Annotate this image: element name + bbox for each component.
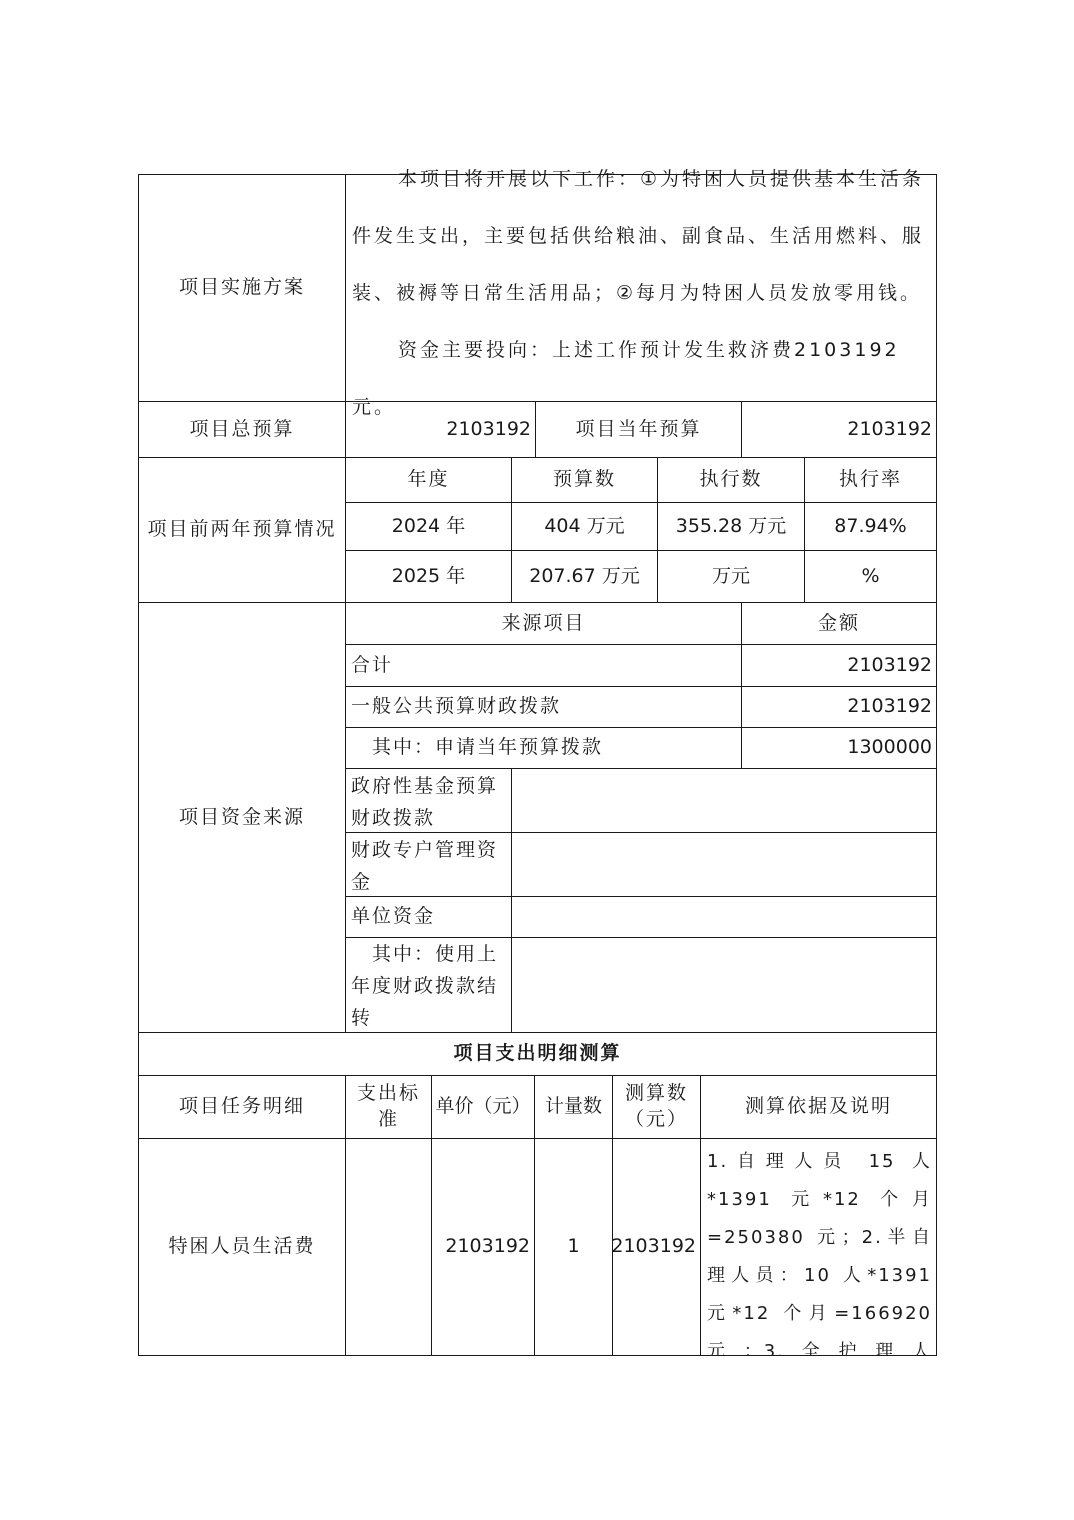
funding-row-special-amount [511,832,937,897]
total-budget-value: 2103192 [345,401,536,458]
funding-row-applied-amount: 1300000 [741,727,937,769]
funding-row-total-amount: 2103192 [741,644,937,687]
funding-header-source: 来源项目 [345,602,742,645]
current-budget-value: 2103192 [741,401,937,458]
detail-row-standard [345,1138,432,1356]
detail-header-standard: 支出标准 [345,1075,432,1139]
prior-2024-executed: 355.28 万元 [657,502,805,551]
detail-row-quantity: 1 [534,1138,613,1356]
plan-content: 本项目将开展以下工作：①为特困人员提供基本生活条件发生支出，主要包括供给粮油、副… [345,174,937,402]
plan-paragraph-1: 本项目将开展以下工作：①为特困人员提供基本生活条件发生支出，主要包括供给粮油、副… [352,151,932,322]
funding-row-carryover-name: 其中：使用上年度财政拨款结转 [345,937,512,1033]
prior-2025-year: 2025 年 [345,550,512,603]
funding-row-unit-name: 单位资金 [345,896,512,938]
funding-label: 项目资金来源 [138,602,346,1033]
funding-row-unit-amount [511,896,937,938]
funding-row-govfund-name: 政府性基金预算财政拨款 [345,768,512,833]
funding-row-special-name: 财政专户管理资金 [345,832,512,897]
prior-header-executed: 执行数 [657,457,805,503]
plan-label: 项目实施方案 [138,174,346,402]
prior-years-label: 项目前两年预算情况 [138,457,346,603]
prior-2025-rate: % [804,550,937,603]
funding-row-applied-name: 其中：申请当年预算拨款 [345,727,742,769]
total-budget-label: 项目总预算 [138,401,346,458]
detail-header-estimate: 测算数（元） [612,1075,701,1139]
detail-row-basis: 1.自理人员 15 人*1391 元*12 个月=250380 元；2.半自理人… [700,1138,937,1356]
prior-2025-executed: 万元 [657,550,805,603]
prior-header-budget: 预算数 [511,457,658,503]
prior-2024-budget: 404 万元 [511,502,658,551]
funding-row-total-name: 合计 [345,644,742,687]
detail-header-unit-price: 单价（元） [431,1075,535,1139]
funding-row-general-name: 一般公共预算财政拨款 [345,686,742,728]
funding-row-carryover-amount [511,937,937,1033]
prior-header-year: 年度 [345,457,512,503]
funding-header-amount: 金额 [741,602,937,645]
prior-header-rate: 执行率 [804,457,937,503]
prior-2025-budget: 207.67 万元 [511,550,658,603]
detail-header-quantity: 计量数 [534,1075,613,1139]
current-budget-label: 项目当年预算 [535,401,742,458]
detail-row-task: 特困人员生活费 [138,1138,346,1356]
detail-header-task: 项目任务明细 [138,1075,346,1139]
detail-row-unit-price: 2103192 [431,1138,535,1356]
funding-row-govfund-amount [511,768,937,833]
detail-section-title: 项目支出明细测算 [138,1032,937,1076]
detail-header-basis: 测算依据及说明 [700,1075,937,1139]
funding-row-general-amount: 2103192 [741,686,937,728]
prior-2024-rate: 87.94% [804,502,937,551]
detail-row-estimate: 2103192 [612,1138,701,1356]
prior-2024-year: 2024 年 [345,502,512,551]
document-page: 项目实施方案 本项目将开展以下工作：①为特困人员提供基本生活条件发生支出，主要包… [0,0,1074,1520]
